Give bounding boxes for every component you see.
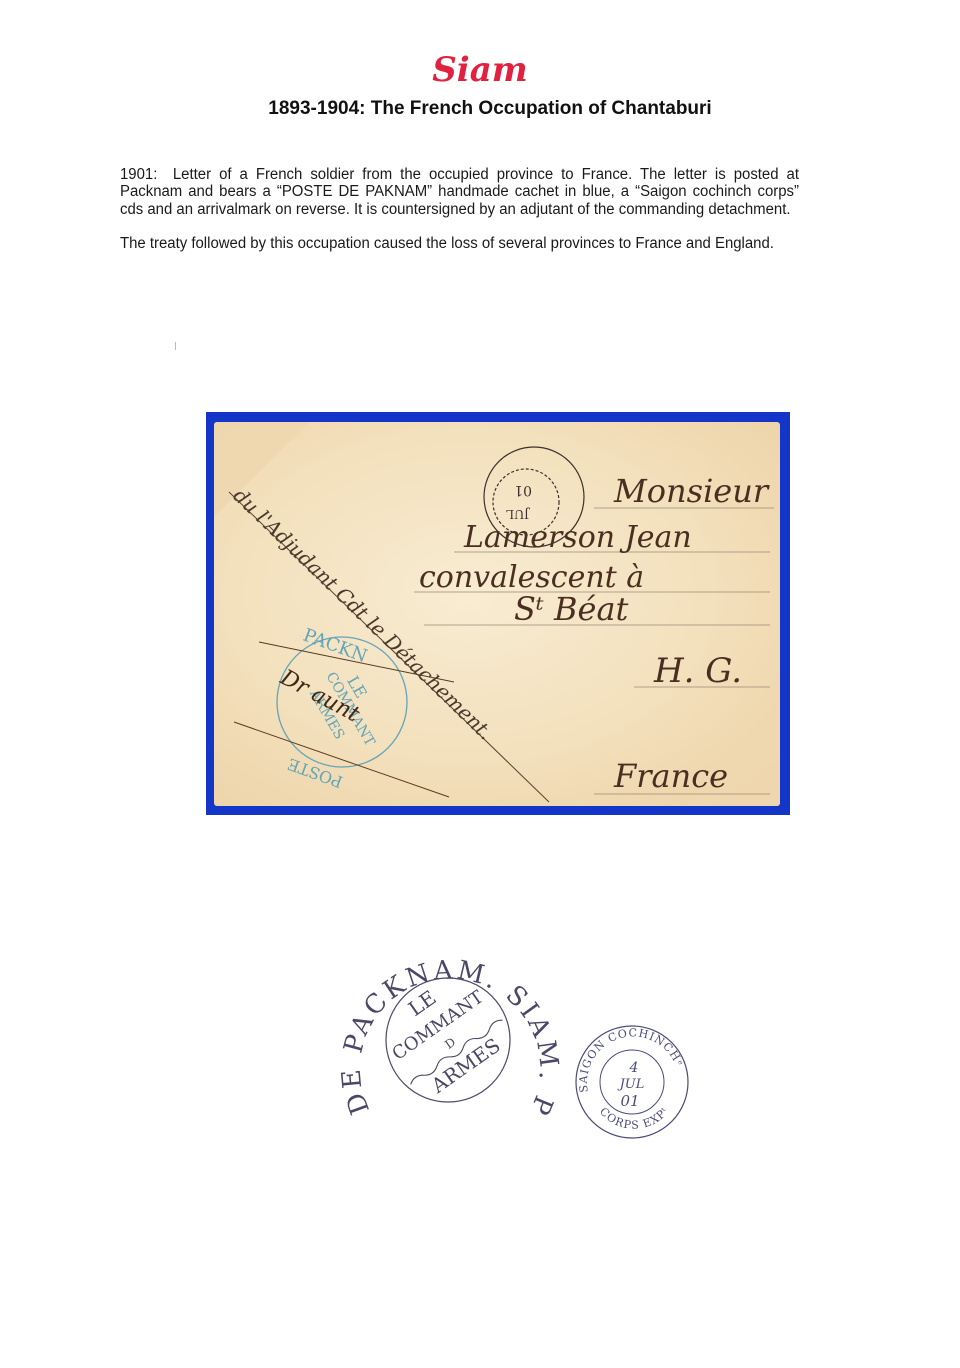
paragraph-1: 1901:Letter of a French soldier from the… — [120, 166, 799, 218]
paragraph-1-text: Letter of a French soldier from the occu… — [120, 166, 799, 218]
svg-text:D: D — [442, 1035, 458, 1052]
description: 1901:Letter of a French soldier from the… — [120, 166, 799, 270]
svg-text:4: 4 — [629, 1060, 639, 1076]
envelope-illustration: JUL 01 Monsieur Lamerson Jean convalesce… — [214, 422, 780, 806]
svg-text:Lamerson Jean: Lamerson Jean — [463, 520, 692, 555]
stray-mark — [175, 342, 176, 350]
svg-text:France: France — [613, 757, 728, 795]
svg-text:PACKN: PACKN — [300, 625, 370, 667]
envelope-photo: JUL 01 Monsieur Lamerson Jean convalesce… — [214, 422, 780, 806]
svg-text:Monsieur: Monsieur — [613, 472, 770, 510]
svg-text:JUL: JUL — [506, 507, 531, 521]
small-cachet-drawing: SAIGON COCHINCHᵉ CORPS EXPᵗ 4 JUL 01 — [570, 1020, 695, 1145]
svg-text:DE PACKNAM. SIAM. POSTE.: DE PACKNAM. SIAM. POSTE. — [340, 940, 560, 1121]
large-cachet-drawing: DE PACKNAM. SIAM. POSTE. LE COMMANT D AR… — [340, 940, 560, 1150]
svg-text:01: 01 — [514, 482, 532, 498]
paragraph-2: The treaty followed by this occupation c… — [120, 235, 799, 252]
svg-text:H. G.: H. G. — [653, 651, 742, 691]
svg-text:JUL: JUL — [617, 1077, 645, 1092]
page-title: Siam — [0, 50, 960, 90]
envelope-photo-frame: JUL 01 Monsieur Lamerson Jean convalesce… — [206, 412, 790, 815]
page-subtitle: 1893-1904: The French Occupation of Chan… — [0, 98, 960, 120]
svg-text:Sᵗ Béat: Sᵗ Béat — [514, 590, 629, 628]
svg-text:POSTE: POSTE — [285, 754, 345, 791]
svg-text:01: 01 — [620, 1092, 639, 1110]
paragraph-year: 1901: — [120, 166, 157, 183]
